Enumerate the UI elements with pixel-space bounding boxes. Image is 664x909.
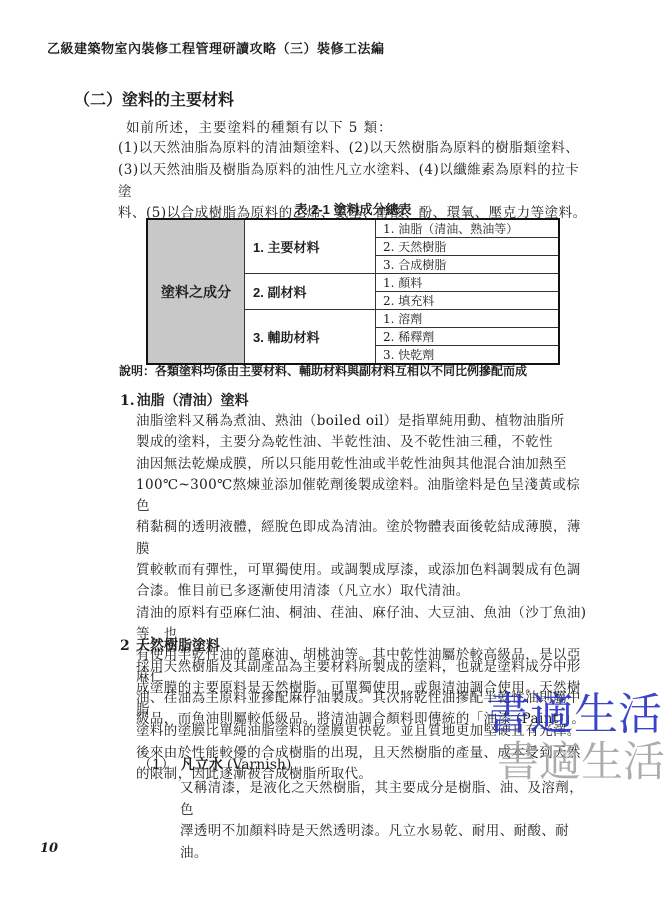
paint-composition-table: 塗料之成分 1. 主要材料 1. 油脂（清油、熟油等） 2. 天然樹脂 3. 合… bbox=[146, 218, 560, 365]
table-caption: 表 2-1 塗料成分總表 bbox=[146, 199, 560, 218]
heading-number: 1. bbox=[120, 393, 135, 409]
table-group-auxiliary-materials: 3. 輔助材料 bbox=[245, 310, 376, 365]
table-group-secondary-materials: 2. 副材料 bbox=[245, 274, 376, 310]
subheading-label-en: (Varnish) bbox=[227, 757, 291, 773]
heading-label: 天然樹脂塗料 bbox=[136, 638, 220, 654]
subheading-number: （1） bbox=[138, 757, 175, 773]
subheading-label-zh: 凡立水 bbox=[181, 757, 223, 773]
table-cell: 2. 稀釋劑 bbox=[376, 328, 560, 346]
table-cell: 1. 溶劑 bbox=[376, 310, 560, 328]
heading-oil-paint: 1.油脂（清油）塗料 bbox=[120, 390, 249, 410]
subheading-varnish: （1）凡立水(Varnish) bbox=[138, 754, 291, 774]
heading-natural-resin-paint: 2天然樹脂塗料 bbox=[120, 635, 220, 655]
table-group-main-materials: 1. 主要材料 bbox=[245, 219, 376, 274]
table-note: 說明：各類塗料均係由主要材料、輔助材料與副材料互相以不同比例摻配而成 bbox=[119, 362, 527, 379]
table-cell: 3. 合成樹脂 bbox=[376, 256, 560, 274]
section-title: （二）塗料的主要材料 bbox=[74, 87, 234, 110]
book-page: 乙級建築物室內裝修工程管理研讀攻略（三）裝修工法編 （二）塗料的主要材料 如前所… bbox=[0, 0, 664, 909]
heading-label: 油脂（清油）塗料 bbox=[137, 393, 249, 409]
intro-lead-line: 如前所述，主要塗料的種類有以下 5 類： bbox=[126, 116, 393, 136]
table-cell: 2. 填充料 bbox=[376, 292, 560, 310]
page-number: 10 bbox=[40, 841, 58, 856]
running-header: 乙級建築物室內裝修工程管理研讀攻略（三）裝修工法編 bbox=[47, 38, 385, 57]
table-cell: 1. 油脂（清油、熟油等） bbox=[376, 219, 560, 238]
table-cell: 2. 天然樹脂 bbox=[376, 238, 560, 256]
heading-number: 2 bbox=[120, 638, 134, 654]
table-cell: 1. 顏料 bbox=[376, 274, 560, 292]
paragraph-varnish: 又稱清漆，是液化之天然樹脂，其主要成分是樹脂、油、及溶劑，色 澤透明不加顏料時是… bbox=[180, 778, 590, 864]
table-row-header: 塗料之成分 bbox=[147, 219, 245, 364]
